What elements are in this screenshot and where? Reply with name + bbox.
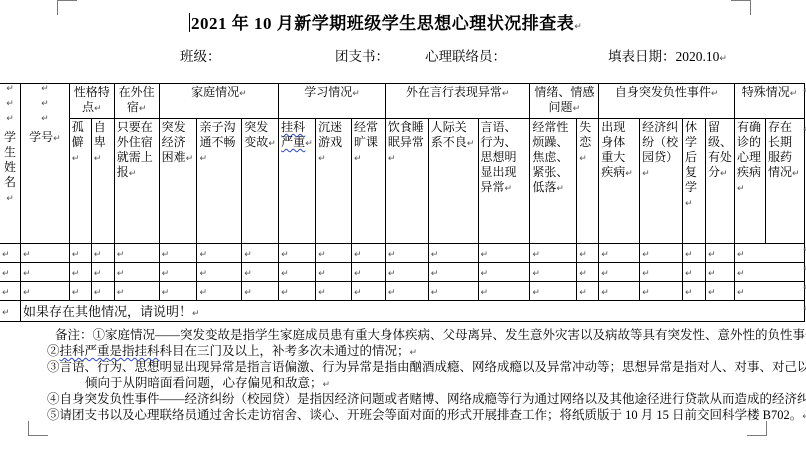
- pilcrow-mark: ↵: [685, 250, 693, 260]
- margin-corner-mark: [731, 0, 751, 15]
- sub-header-label: 饮食睡眠异常: [388, 120, 424, 149]
- body-cell: ↵: [683, 263, 706, 282]
- body-cell: ↵: [530, 244, 577, 263]
- group-header-cell: 性格特点↵: [69, 84, 114, 119]
- body-cell: ↵: [599, 263, 640, 282]
- pilcrow-mark: ↵: [481, 269, 489, 279]
- pilcrow-mark: ↵: [72, 154, 80, 164]
- sub-header-cell: 经济纠纷（校园贷）↵: [640, 119, 683, 244]
- table-row: ↵↵↵↵↵↵↵↵↵↵↵↵↵↵↵↵↵↵↵↵↵: [0, 263, 805, 282]
- body-cell: ↵: [0, 301, 20, 322]
- pilcrow-mark: ↵: [410, 348, 418, 358]
- pilcrow-mark: ↵: [239, 89, 247, 99]
- pilcrow-mark: ↵: [281, 288, 289, 298]
- sub-header-cell: 亲子沟通不畅↵: [197, 119, 242, 244]
- body-cell: ↵: [69, 282, 91, 301]
- pilcrow-mark: ↵: [2, 288, 10, 298]
- group-header-cell: 自身突发负性事件↵: [599, 84, 735, 119]
- body-cell: ↵: [20, 244, 69, 263]
- pilcrow-mark: ↵: [117, 250, 125, 260]
- pilcrow-mark: ↵: [94, 269, 102, 279]
- pilcrow-mark: ↵: [186, 154, 194, 164]
- sub-header-label: 失恋: [579, 120, 591, 149]
- sub-header-cell: 经常旷课↵: [351, 119, 385, 244]
- pilcrow-mark: ↵: [579, 154, 587, 164]
- sub-header-label: 经济纠纷（校园贷）: [642, 120, 678, 164]
- row-header-cell: ↵↵↵学号↵: [20, 84, 69, 244]
- pilcrow-mark: ↵: [790, 89, 798, 99]
- pilcrow-mark: ↵: [117, 288, 125, 298]
- pilcrow-mark: ↵: [23, 269, 31, 279]
- note-line: ④自身突发负性事件——经济纠纷（校园贷）是指因经济问题或者赌博、网络成瘾等行为通…: [47, 391, 795, 407]
- note-text: 科目在三门及以上，补考多次未通过的情况；: [160, 344, 410, 358]
- group-header-cell: 家庭情况↵: [159, 84, 279, 119]
- note-line: 倾向于从阴暗面看问题，心存偏见和敌意；↵: [47, 375, 795, 391]
- body-cell: ↵: [279, 244, 316, 263]
- pilcrow-mark: ↵: [199, 269, 207, 279]
- fill-date-label: 填表日期：: [608, 49, 676, 64]
- body-cell: ↵: [428, 244, 478, 263]
- sub-header-cell: 突发变故↵: [242, 119, 279, 244]
- pilcrow-mark: ↵: [737, 184, 745, 194]
- pilcrow-mark: ↵: [532, 269, 540, 279]
- pilcrow-mark: ↵: [505, 184, 513, 194]
- pilcrow-mark: ↵: [720, 169, 728, 179]
- pilcrow-mark: ↵: [532, 250, 540, 260]
- note-line: ②挂科严重是指挂科科目在三门及以上，补考多次未通过的情况；↵: [47, 343, 795, 359]
- pilcrow-mark: ↵: [737, 269, 745, 279]
- body-cell: ↵: [114, 263, 159, 282]
- pilcrow-mark: ↵: [431, 250, 439, 260]
- body-cell: ↵: [159, 263, 197, 282]
- page-title-text: 2021 年 10 月新学期班级学生思想心理状况排查表: [191, 14, 574, 33]
- sub-header-cell: 人际关系不良↵: [428, 119, 478, 244]
- pilcrow-mark: ↵: [579, 288, 587, 298]
- sub-header-label: 经常旷课: [354, 120, 378, 149]
- body-cell: ↵: [91, 282, 114, 301]
- body-cell: ↵: [316, 244, 352, 263]
- pilcrow-mark: ↵: [467, 139, 475, 149]
- pilcrow-mark: ↵: [388, 269, 396, 279]
- body-cell: ↵: [530, 282, 577, 301]
- body-cell: ↵: [0, 244, 20, 263]
- pilcrow-mark: ↵: [481, 250, 489, 260]
- note-text: ②: [47, 344, 60, 358]
- pilcrow-mark: ↵: [162, 269, 170, 279]
- body-cell: ↵: [735, 244, 805, 263]
- body-cell: ↵: [640, 282, 683, 301]
- group-header-cell: 情绪、情感问题↵: [530, 84, 599, 119]
- note-text: ④自身突发负性事件——经济纠纷（校园贷）是指因经济问题或者赌博、网络成瘾等行为通…: [47, 392, 806, 406]
- pilcrow-mark: ↵: [431, 269, 439, 279]
- body-cell: ↵: [0, 263, 20, 282]
- pilcrow-mark: ↵: [556, 184, 564, 194]
- body-cell: ↵: [242, 263, 279, 282]
- pilcrow-mark: ↵: [354, 154, 362, 164]
- pilcrow-mark: ↵: [642, 269, 650, 279]
- sub-header-cell: 沉迷游戏↵: [316, 119, 352, 244]
- table-row: ↵↵↵↵↵↵↵↵↵↵↵↵↵↵↵↵↵↵↵↵↵: [0, 244, 805, 263]
- pilcrow-mark: ↵: [268, 139, 276, 149]
- group-header-row: ↵↵↵学生姓名↵↵↵↵学号↵性格特点↵在外住宿↵家庭情况↵学习情况↵外在言行表现…: [0, 84, 805, 119]
- pilcrow-mark: ↵: [139, 104, 147, 114]
- pilcrow-mark: ↵: [388, 250, 396, 260]
- pilcrow-mark: ↵: [199, 288, 207, 298]
- pilcrow-mark: ↵: [573, 104, 581, 114]
- pilcrow-mark: ↵: [502, 89, 510, 99]
- sub-header-cell: 挂科严重↵: [279, 119, 316, 244]
- body-cell: ↵: [279, 263, 316, 282]
- psych-liaison-field-label: 心理联络员：: [425, 45, 506, 65]
- pilcrow-mark: ↵: [719, 54, 727, 64]
- body-cell: ↵: [91, 244, 114, 263]
- pilcrow-mark: ↵: [574, 22, 582, 32]
- pilcrow-mark: ↵: [244, 288, 252, 298]
- pilcrow-mark: ↵: [685, 269, 693, 279]
- note-line: 备注：①家庭情况——突发变故是指学生家庭成员患有重大身体疾病、父母离异、发生意外…: [47, 327, 795, 343]
- info-line: 班级： 团支书： 心理联络员： 填表日期：2020.10↵: [0, 45, 806, 63]
- margin-corner-mark: [747, 421, 767, 436]
- footer-note-text: 如果存在其他情况，请说明！: [23, 304, 192, 319]
- pilcrow-mark: ↵: [352, 89, 360, 99]
- pilcrow-mark: ↵: [94, 104, 102, 114]
- pilcrow-mark: ↵: [2, 269, 10, 279]
- note-line: ⑤请团支书以及心理联络员通过舍长走访宿舍、谈心、开班会等面对面的形式开展排查工作…: [47, 407, 795, 423]
- body-cell: ↵: [683, 244, 706, 263]
- text-cursor: [189, 13, 190, 32]
- pilcrow-mark: ↵: [23, 250, 31, 260]
- group-header-cell: 特殊情况↵: [735, 84, 805, 119]
- pilcrow-mark: ↵: [23, 288, 31, 298]
- body-cell: ↵: [279, 282, 316, 301]
- pilcrow-mark: ↵: [23, 115, 67, 130]
- body-cell: ↵: [114, 244, 159, 263]
- sub-header-label: 挂科严重: [281, 120, 305, 149]
- pilcrow-mark: ↵: [431, 288, 439, 298]
- sub-header-cell: 饮食睡眠异常↵: [385, 119, 428, 244]
- group-header-cell: 在外住宿↵: [114, 84, 159, 119]
- note-text: 备注：①家庭情况——突发变故是指学生家庭成员患有重大身体疾病、父母离异、发生意外…: [55, 328, 806, 342]
- pilcrow-mark: ↵: [281, 269, 289, 279]
- sub-header-label: 存在长期服药情况: [768, 120, 792, 179]
- note-text: 挂科严重是指挂科: [60, 344, 160, 358]
- pilcrow-mark: ↵: [281, 250, 289, 260]
- sub-header-cell: 言语、行为、思想明显出现异常↵: [478, 119, 530, 244]
- sub-header-cell: 孤僻↵: [69, 119, 91, 244]
- group-header-label: 学习情况: [304, 85, 352, 99]
- body-cell: ↵: [20, 263, 69, 282]
- body-cell: ↵: [428, 263, 478, 282]
- pilcrow-mark: ↵: [323, 380, 331, 390]
- pilcrow-mark: ↵: [162, 250, 170, 260]
- pilcrow-mark: ↵: [72, 288, 80, 298]
- body-cell: ↵: [478, 282, 530, 301]
- pilcrow-mark: ↵: [685, 199, 693, 209]
- pilcrow-mark: ↵: [685, 288, 693, 298]
- body-cell: ↵: [197, 282, 242, 301]
- sub-header-cell: 突发经济困难↵: [159, 119, 197, 244]
- pilcrow-mark: ↵: [579, 250, 587, 260]
- body-cell: ↵: [351, 263, 385, 282]
- body-cell: ↵: [577, 263, 599, 282]
- pilcrow-mark: ↵: [72, 269, 80, 279]
- pilcrow-mark: ↵: [23, 100, 67, 115]
- sub-header-cell: 经常性烦躁、焦虑、紧张、低落↵: [530, 119, 577, 244]
- body-cell: ↵: [159, 244, 197, 263]
- sub-header-label: 休学后复学: [685, 120, 697, 194]
- pilcrow-mark: ↵: [318, 288, 326, 298]
- group-header-label: 在外住宿: [119, 85, 155, 114]
- body-cell: ↵: [478, 244, 530, 263]
- survey-table: ↵↵↵学生姓名↵↵↵↵学号↵性格特点↵在外住宿↵家庭情况↵学习情况↵外在言行表现…: [0, 83, 805, 322]
- body-cell: ↵: [428, 282, 478, 301]
- pilcrow-mark: ↵: [244, 250, 252, 260]
- sub-header-label: 自卑: [94, 120, 106, 149]
- pilcrow-mark: ↵: [162, 288, 170, 298]
- pilcrow-mark: ↵: [318, 250, 326, 260]
- sub-header-cell: 只要在外住宿就需上报↵: [114, 119, 159, 244]
- body-cell: ↵: [69, 263, 91, 282]
- sub-header-label: 突发变故: [244, 120, 268, 149]
- note-line: ③言语、行为、思想明显出现异常是指言语偏激、行为异常是指由酗酒成瘾、网络成瘾以及…: [47, 359, 795, 375]
- group-header-label: 外在言行表现异常: [406, 85, 502, 99]
- table-row: ↵↵↵↵↵↵↵↵↵↵↵↵↵↵↵↵↵↵↵↵↵: [0, 282, 805, 301]
- pilcrow-mark: ↵: [129, 169, 137, 179]
- sub-header-cell: 存在长期服药情况↵: [765, 119, 804, 244]
- pilcrow-mark: ↵: [579, 269, 587, 279]
- group-header-label: 家庭情况: [191, 85, 239, 99]
- pilcrow-mark: ↵: [708, 250, 716, 260]
- sub-header-cell: 留级、有处分↵: [706, 119, 735, 244]
- sub-header-cell: 出现身体重大疾病↵: [599, 119, 640, 244]
- pilcrow-mark: ↵: [601, 269, 609, 279]
- pilcrow-mark: ↵: [481, 288, 489, 298]
- pilcrow-mark: ↵: [354, 269, 362, 279]
- body-cell: ↵: [599, 282, 640, 301]
- body-cell: ↵: [316, 282, 352, 301]
- body-cell: ↵: [385, 282, 428, 301]
- pilcrow-mark: ↵: [94, 288, 102, 298]
- body-cell: ↵: [351, 282, 385, 301]
- body-cell: ↵: [316, 263, 352, 282]
- row-header-label: 学生姓名: [4, 130, 16, 189]
- body-cell: ↵: [385, 244, 428, 263]
- body-cell: ↵: [385, 263, 428, 282]
- sub-header-label: 出现身体重大疾病: [601, 120, 625, 179]
- pilcrow-mark: ↵: [23, 85, 67, 100]
- footer-note-cell: 如果存在其他情况，请说明！↵: [20, 301, 804, 322]
- pilcrow-mark: ↵: [2, 250, 10, 260]
- pilcrow-mark: ↵: [642, 250, 650, 260]
- body-cell: ↵: [530, 263, 577, 282]
- body-cell: ↵: [91, 263, 114, 282]
- sub-header-row: 孤僻↵自卑↵只要在外住宿就需上报↵突发经济困难↵亲子沟通不畅↵突发变故↵挂科严重…: [0, 119, 805, 244]
- pilcrow-mark: ↵: [244, 269, 252, 279]
- pilcrow-mark: ↵: [601, 288, 609, 298]
- pilcrow-mark: ↵: [2, 308, 10, 318]
- pilcrow-mark: ↵: [318, 154, 326, 164]
- notes-section: 备注：①家庭情况——突发变故是指学生家庭成员患有重大身体疾病、父母离异、发生意外…: [47, 327, 795, 423]
- body-cell: ↵: [114, 282, 159, 301]
- body-cell: ↵: [577, 244, 599, 263]
- pilcrow-mark: ↵: [2, 85, 18, 100]
- note-text: ⑤请团支书以及心理联络员通过舍长走访宿舍、谈心、开班会等面对面的形式开展排查工作…: [47, 408, 802, 422]
- pilcrow-mark: ↵: [94, 250, 102, 260]
- sub-header-label: 突发经济困难: [162, 120, 186, 164]
- body-cell: ↵: [69, 244, 91, 263]
- pilcrow-mark: ↵: [354, 288, 362, 298]
- pilcrow-mark: ↵: [2, 115, 18, 130]
- body-cell: ↵: [197, 263, 242, 282]
- body-cell: ↵: [242, 244, 279, 263]
- document-title: 2021 年 10 月新学期班级学生思想心理状况排查表↵: [189, 9, 582, 34]
- group-header-label: 情绪、情感问题: [534, 85, 594, 114]
- group-header-cell: 外在言行表现异常↵: [385, 84, 530, 119]
- sub-header-label: 沉迷游戏: [318, 120, 342, 149]
- body-cell: ↵: [577, 282, 599, 301]
- pilcrow-mark: ↵: [199, 250, 207, 260]
- pilcrow-mark: ↵: [53, 134, 61, 144]
- body-cell: ↵: [640, 244, 683, 263]
- pilcrow-mark: ↵: [708, 288, 716, 298]
- row-header-label: 学号: [29, 130, 53, 144]
- body-cell: ↵: [0, 282, 20, 301]
- pilcrow-mark: ↵: [711, 89, 719, 99]
- body-cell: ↵: [735, 282, 805, 301]
- body-cell: ↵: [20, 282, 69, 301]
- pilcrow-mark: ↵: [94, 154, 102, 164]
- body-cell: ↵: [683, 282, 706, 301]
- pilcrow-mark: ↵: [318, 269, 326, 279]
- body-cell: ↵: [735, 263, 805, 282]
- body-cell: ↵: [351, 244, 385, 263]
- row-header-cell: ↵↵↵学生姓名↵: [0, 84, 20, 244]
- group-header-cell: 学习情况↵: [279, 84, 386, 119]
- document-page: 2021 年 10 月新学期班级学生思想心理状况排查表↵ 班级： 团支书： 心理…: [0, 0, 806, 449]
- pilcrow-mark: ↵: [2, 100, 18, 115]
- pilcrow-mark: ↵: [792, 169, 800, 179]
- pilcrow-mark: ↵: [199, 154, 207, 164]
- pilcrow-mark: ↵: [388, 154, 396, 164]
- group-header-label: 自身突发负性事件: [615, 85, 711, 99]
- margin-corner-mark: [57, 0, 77, 15]
- body-cell: ↵: [159, 282, 197, 301]
- body-cell: ↵: [706, 244, 735, 263]
- pilcrow-mark: ↵: [388, 288, 396, 298]
- pilcrow-mark: ↵: [601, 250, 609, 260]
- pilcrow-mark: ↵: [642, 288, 650, 298]
- pilcrow-mark: ↵: [708, 269, 716, 279]
- fill-date-field: 填表日期：2020.10↵: [608, 45, 727, 65]
- body-cell: ↵: [478, 263, 530, 282]
- sub-header-cell: 自卑↵: [91, 119, 114, 244]
- body-cell: ↵: [197, 244, 242, 263]
- note-text: ③言语、行为、思想明显出现异常是指言语偏激、行为异常是指由酗酒成瘾、网络成瘾以及…: [47, 360, 806, 374]
- body-cell: ↵: [706, 282, 735, 301]
- body-cell: ↵: [242, 282, 279, 301]
- class-field-label: 班级：: [180, 45, 221, 65]
- note-text: 倾向于从阴暗面看问题，心存偏见和敌意；: [85, 376, 323, 390]
- pilcrow-mark: ↵: [625, 169, 633, 179]
- pilcrow-mark: ↵: [117, 269, 125, 279]
- margin-corner-mark: [28, 421, 48, 436]
- pilcrow-mark: ↵: [305, 139, 313, 149]
- sub-header-label: 亲子沟通不畅: [199, 120, 235, 149]
- pilcrow-mark: ↵: [737, 288, 745, 298]
- sub-header-label: 言语、行为、思想明显出现异常: [481, 120, 517, 194]
- sub-header-cell: 有确诊的心理疾病↵: [735, 119, 766, 244]
- sub-header-label: 孤僻: [72, 120, 84, 149]
- pilcrow-mark: ↵: [6, 194, 14, 204]
- pilcrow-mark: ↵: [642, 169, 650, 179]
- group-header-label: 性格特点: [74, 85, 110, 114]
- sub-header-label: 人际关系不良: [431, 120, 467, 149]
- pilcrow-mark: ↵: [72, 250, 80, 260]
- body-cell: ↵: [640, 263, 683, 282]
- body-cell: ↵: [599, 244, 640, 263]
- fill-date-value: 2020.10: [676, 49, 720, 64]
- pilcrow-mark: ↵: [532, 288, 540, 298]
- pilcrow-mark: ↵: [802, 412, 806, 422]
- body-cell: ↵: [706, 263, 735, 282]
- group-header-label: 特殊情况: [742, 85, 790, 99]
- league-secretary-field-label: 团支书：: [335, 45, 389, 65]
- pilcrow-mark: ↵: [737, 250, 745, 260]
- sub-header-label: 经常性烦躁、焦虑、紧张、低落: [532, 120, 568, 194]
- sub-header-cell: 失恋↵: [577, 119, 599, 244]
- sub-header-label: 有确诊的心理疾病: [737, 120, 761, 179]
- sub-header-cell: 休学后复学↵: [683, 119, 706, 244]
- pilcrow-mark: ↵: [354, 250, 362, 260]
- pilcrow-mark: ↵: [192, 309, 200, 319]
- footer-note-row: ↵如果存在其他情况，请说明！↵: [0, 301, 805, 322]
